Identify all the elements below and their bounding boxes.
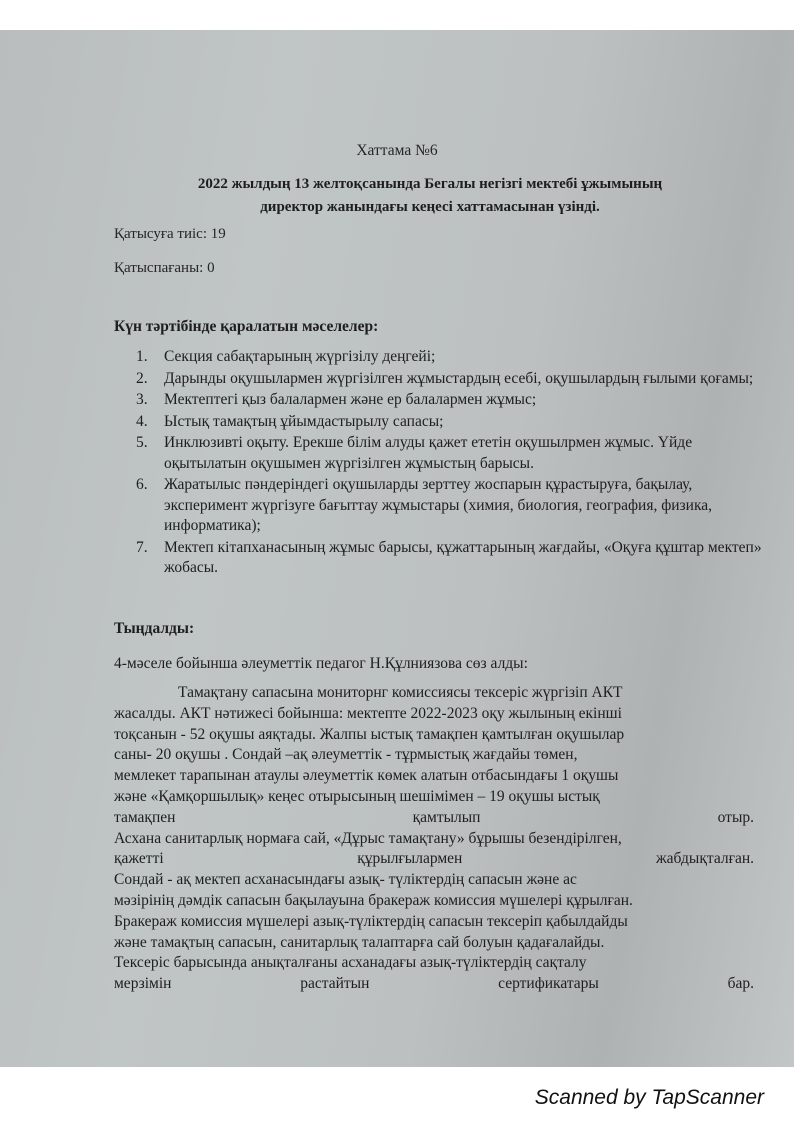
body-line: Сондай - ақ мектеп асханасындағы азық- т… [114,870,754,891]
subtitle-line-2: директор жанындағы кеңесі хаттамасынан ү… [120,196,740,219]
agenda-item: 6.Жаратылыс пәндеріндегі оқушыларды зерт… [136,475,766,537]
body-line: мерзімін растайтын сертификатары бар. [114,974,754,995]
agenda-item: 3.Мектептегі қыз балалармен және ер бала… [136,390,766,411]
attendance-due: Қатысуға тиіс: 19 [114,226,226,243]
scanner-watermark: Scanned by TapScanner [535,1086,764,1110]
body-line: және тамақтың сапасын, санитарлық талапт… [114,933,754,954]
absent-count: Қатыспағаны: 0 [114,260,215,277]
body-line: жасалды. АКТ нәтижесі бойынша: мектепте … [114,704,754,725]
agenda-item: 1.Секция сабақтарының жүргізілу деңгейі; [136,347,766,368]
body-line: Тексеріс барысында анықталғаны асханадағ… [114,953,754,974]
body-line: және «Қамқоршылық» кеңес отырысының шеші… [114,787,754,808]
heard-heading: Тыңдалды: [114,620,194,638]
agenda-heading: Күн тәртібінде қаралатын мәселелер: [114,318,378,336]
body-line: саны- 20 оқушы . Сондай –ақ әлеуметтік -… [114,745,754,766]
agenda-item: 7.Мектеп кітапханасының жұмыс барысы, құ… [136,538,766,579]
body-line: тоқсанын - 52 оқушы аяқтады. Жалпы ыстық… [114,725,754,746]
body-line: тамақпен қамтылып отыр. [114,808,754,829]
agenda-item: 5.Инклюзивті оқыту. Ерекше білім алуды қ… [136,433,766,474]
body-line: Бракераж комиссия мүшелері азық-түліктер… [114,912,754,933]
body-line: мәзірінің дәмдік сапасын бақылауына брак… [114,891,754,912]
body-line: мемлекет тарапынан атаулы әлеуметтік көм… [114,766,754,787]
report-body: Тамақтану сапасына мониторнг комиссиясы … [114,683,754,995]
agenda-item: 2.Дарынды оқушылармен жүргізілген жұмыст… [136,369,766,390]
agenda-item: 4.Ыстық тамақтың ұйымдастырылу сапасы; [136,412,766,433]
document-subtitle: 2022 жылдың 13 желтоқсанында Бегалы негі… [120,173,740,219]
document-title: Хаттама №6 [0,142,794,160]
subtitle-line-1: 2022 жылдың 13 желтоқсанында Бегалы негі… [120,173,740,196]
body-line: Асхана санитарлық нормаға сай, «Дұрыс та… [114,829,754,850]
body-line: Тамақтану сапасына мониторнг комиссиясы … [114,683,754,704]
speaker-line: 4-мәселе бойынша әлеуметтік педагог Н.Құ… [114,655,528,673]
body-line: қажетті құрылғылармен жабдықталған. [114,849,754,870]
scanned-page: Хаттама №6 2022 жылдың 13 желтоқсанында … [0,30,794,1067]
agenda-list: 1.Секция сабақтарының жүргізілу деңгейі;… [136,347,766,580]
